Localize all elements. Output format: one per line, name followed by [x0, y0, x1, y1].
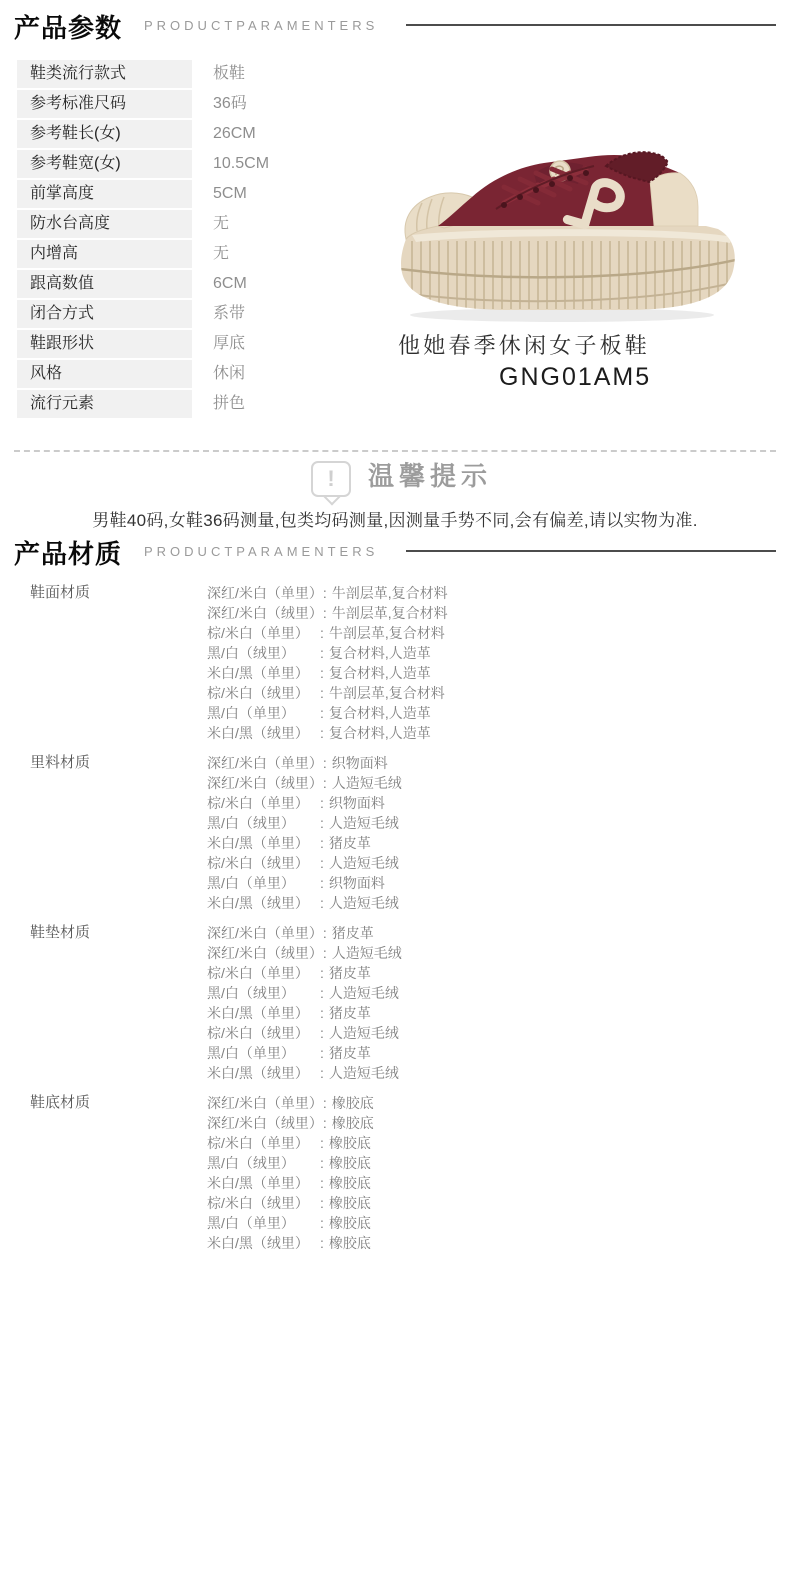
material-section-label: 鞋面材质 — [30, 583, 207, 743]
parameter-value: 系带 — [213, 300, 245, 328]
material-variant: 米白/黑（单里） — [207, 1173, 320, 1193]
material-line: 棕/米白（绒里）:人造短毛绒 — [207, 853, 780, 873]
material-value: 复合材料,人造革 — [329, 705, 431, 721]
exclamation-glyph: ! — [311, 461, 351, 497]
material-colon: : — [323, 603, 327, 623]
parameter-row: 参考鞋长(女) 26CM — [17, 120, 417, 148]
material-value: 橡胶底 — [332, 1115, 374, 1131]
material-colon: : — [320, 1193, 324, 1213]
material-value: 猪皮革 — [329, 1045, 371, 1061]
material-line: 米白/黑（绒里）:人造短毛绒 — [207, 1063, 780, 1083]
material-section-label: 鞋底材质 — [30, 1093, 207, 1253]
material-colon: : — [320, 1063, 324, 1083]
material-colon: : — [320, 723, 324, 743]
parameter-label: 跟高数值 — [17, 270, 192, 298]
material-line: 深红/米白（绒里）:人造短毛绒 — [207, 943, 780, 963]
material-value: 牛剖层革,复合材料 — [329, 685, 445, 701]
material-line: 米白/黑（绒里）:复合材料,人造革 — [207, 723, 780, 743]
parameter-value: 6CM — [213, 270, 247, 298]
params-section-header: 产品参数 PRODUCTPARAMENTERS — [14, 8, 776, 44]
material-section-insole: 鞋垫材质 深红/米白（单里）:猪皮革 深红/米白（绒里）:人造短毛绒 棕/米白（… — [30, 923, 780, 1083]
material-colon: : — [320, 1153, 324, 1173]
material-colon: : — [320, 663, 324, 683]
material-variant: 黑/白（单里） — [207, 1213, 320, 1233]
material-colon: : — [320, 963, 324, 983]
material-section-lines: 深红/米白（单里）:牛剖层革,复合材料 深红/米白（绒里）:牛剖层革,复合材料 … — [207, 583, 780, 743]
material-colon: : — [320, 623, 324, 643]
material-variant: 米白/黑（单里） — [207, 833, 320, 853]
material-colon: : — [323, 943, 327, 963]
material-section-label: 里料材质 — [30, 753, 207, 913]
material-variant: 米白/黑（绒里） — [207, 723, 320, 743]
header-rule — [406, 550, 776, 552]
parameter-value: 26CM — [213, 120, 256, 148]
material-section-lines: 深红/米白（单里）:织物面料 深红/米白（绒里）:人造短毛绒 棕/米白（单里）:… — [207, 753, 780, 913]
material-value: 橡胶底 — [329, 1235, 371, 1251]
material-colon: : — [323, 1113, 327, 1133]
material-variant: 黑/白（单里） — [207, 703, 320, 723]
material-colon: : — [320, 853, 324, 873]
parameter-row: 流行元素 拼色 — [17, 390, 417, 418]
material-variant: 黑/白（绒里） — [207, 643, 320, 663]
material-value: 猪皮革 — [329, 835, 371, 851]
material-colon: : — [323, 753, 327, 773]
material-value: 牛剖层革,复合材料 — [332, 585, 448, 601]
parameter-row: 防水台高度 无 — [17, 210, 417, 238]
parameter-row: 闭合方式 系带 — [17, 300, 417, 328]
material-variant: 棕/米白（单里） — [207, 1133, 320, 1153]
parameter-label: 防水台高度 — [17, 210, 192, 238]
parameter-value: 休闲 — [213, 360, 245, 388]
material-variant: 棕/米白（单里） — [207, 963, 320, 983]
material-variant: 棕/米白（绒里） — [207, 853, 320, 873]
parameter-value: 36码 — [213, 90, 247, 118]
parameter-row: 参考鞋宽(女) 10.5CM — [17, 150, 417, 178]
parameter-label: 鞋类流行款式 — [17, 60, 192, 88]
parameter-value: 10.5CM — [213, 150, 269, 178]
material-value: 人造短毛绒 — [329, 815, 399, 831]
parameter-row: 鞋跟形状 厚底 — [17, 330, 417, 358]
material-variant: 深红/米白（绒里） — [207, 603, 323, 623]
material-colon: : — [320, 813, 324, 833]
material-line: 米白/黑（绒里）:人造短毛绒 — [207, 893, 780, 913]
material-line: 黑/白（绒里）:人造短毛绒 — [207, 813, 780, 833]
material-line: 棕/米白（单里）:猪皮革 — [207, 963, 780, 983]
material-colon: : — [323, 773, 327, 793]
material-variant: 米白/黑（绒里） — [207, 1233, 320, 1253]
materials-section-header: 产品材质 PRODUCTPARAMENTERS — [14, 534, 776, 570]
material-line: 黑/白（单里）:织物面料 — [207, 873, 780, 893]
material-line: 棕/米白（绒里）:橡胶底 — [207, 1193, 780, 1213]
material-line: 棕/米白（单里）:织物面料 — [207, 793, 780, 813]
parameter-label: 鞋跟形状 — [17, 330, 192, 358]
material-line: 米白/黑（单里）:猪皮革 — [207, 1003, 780, 1023]
materials-list: 鞋面材质 深红/米白（单里）:牛剖层革,复合材料 深红/米白（绒里）:牛剖层革,… — [30, 583, 780, 1263]
parameter-row: 内增高 无 — [17, 240, 417, 268]
material-value: 人造短毛绒 — [332, 775, 402, 791]
material-colon: : — [320, 683, 324, 703]
material-colon: : — [320, 1003, 324, 1023]
material-line: 棕/米白（单里）:牛剖层革,复合材料 — [207, 623, 780, 643]
product-model: GNG01AM5 — [499, 363, 651, 392]
material-value: 人造短毛绒 — [329, 1065, 399, 1081]
material-variant: 棕/米白（单里） — [207, 793, 320, 813]
material-colon: : — [320, 983, 324, 1003]
material-value: 橡胶底 — [329, 1155, 371, 1171]
material-value: 复合材料,人造革 — [329, 725, 431, 741]
material-value: 人造短毛绒 — [329, 1025, 399, 1041]
parameter-value: 无 — [213, 240, 229, 268]
material-variant: 黑/白（单里） — [207, 1043, 320, 1063]
material-line: 深红/米白（绒里）:牛剖层革,复合材料 — [207, 603, 780, 623]
material-line: 深红/米白（单里）:牛剖层革,复合材料 — [207, 583, 780, 603]
material-variant: 深红/米白（绒里） — [207, 943, 323, 963]
material-line: 黑/白（绒里）:人造短毛绒 — [207, 983, 780, 1003]
material-line: 棕/米白（绒里）:牛剖层革,复合材料 — [207, 683, 780, 703]
material-line: 深红/米白（绒里）:橡胶底 — [207, 1113, 780, 1133]
material-value: 橡胶底 — [329, 1215, 371, 1231]
parameter-label: 闭合方式 — [17, 300, 192, 328]
material-line: 米白/黑（单里）:复合材料,人造革 — [207, 663, 780, 683]
material-variant: 深红/米白（单里） — [207, 753, 323, 773]
material-value: 人造短毛绒 — [329, 855, 399, 871]
material-section-lining: 里料材质 深红/米白（单里）:织物面料 深红/米白（绒里）:人造短毛绒 棕/米白… — [30, 753, 780, 913]
material-section-lines: 深红/米白（单里）:猪皮革 深红/米白（绒里）:人造短毛绒 棕/米白（单里）:猪… — [207, 923, 780, 1083]
material-value: 人造短毛绒 — [329, 985, 399, 1001]
material-colon: : — [320, 643, 324, 663]
material-value: 橡胶底 — [329, 1195, 371, 1211]
material-value: 橡胶底 — [329, 1175, 371, 1191]
parameter-row: 风格 休闲 — [17, 360, 417, 388]
materials-section-title: 产品材质 — [14, 534, 122, 571]
material-variant: 黑/白（单里） — [207, 873, 320, 893]
material-colon: : — [320, 793, 324, 813]
material-colon: : — [323, 1093, 327, 1113]
material-line: 米白/黑（单里）:猪皮革 — [207, 833, 780, 853]
material-value: 猪皮革 — [329, 1005, 371, 1021]
material-colon: : — [320, 1023, 324, 1043]
parameter-value: 厚底 — [213, 330, 245, 358]
exclamation-bubble-icon: ! — [311, 461, 355, 509]
material-colon: : — [320, 1233, 324, 1253]
material-colon: : — [320, 873, 324, 893]
material-section-upper: 鞋面材质 深红/米白（单里）:牛剖层革,复合材料 深红/米白（绒里）:牛剖层革,… — [30, 583, 780, 743]
material-colon: : — [320, 1173, 324, 1193]
parameter-table: 鞋类流行款式 板鞋 参考标准尺码 36码 参考鞋长(女) 26CM 参考鞋宽(女… — [17, 60, 417, 420]
material-colon: : — [320, 1043, 324, 1063]
material-variant: 深红/米白（绒里） — [207, 1113, 323, 1133]
material-variant: 米白/黑（单里） — [207, 663, 320, 683]
parameter-row: 前掌高度 5CM — [17, 180, 417, 208]
notice-text: 男鞋40码,女鞋36码测量,包类均码测量,因测量手势不同,会有偏差,请以实物为准… — [0, 506, 790, 531]
parameter-value: 板鞋 — [213, 60, 245, 88]
product-detail-page: 产品参数 PRODUCTPARAMENTERS 鞋类流行款式 板鞋 参考标准尺码… — [0, 0, 790, 1570]
parameter-row: 跟高数值 6CM — [17, 270, 417, 298]
material-line: 米白/黑（绒里）:橡胶底 — [207, 1233, 780, 1253]
material-variant: 棕/米白（绒里） — [207, 1193, 320, 1213]
material-value: 橡胶底 — [332, 1095, 374, 1111]
parameter-value: 5CM — [213, 180, 247, 208]
material-variant: 米白/黑（单里） — [207, 1003, 320, 1023]
parameter-row: 参考标准尺码 36码 — [17, 90, 417, 118]
material-value: 人造短毛绒 — [332, 945, 402, 961]
parameter-row: 鞋类流行款式 板鞋 — [17, 60, 417, 88]
parameter-label: 参考鞋宽(女) — [17, 150, 192, 178]
parameter-value: 拼色 — [213, 390, 245, 418]
parameter-value: 无 — [213, 210, 229, 238]
material-value: 橡胶底 — [329, 1135, 371, 1151]
material-variant: 米白/黑（绒里） — [207, 893, 320, 913]
material-variant: 黑/白（绒里） — [207, 813, 320, 833]
material-variant: 米白/黑（绒里） — [207, 1063, 320, 1083]
material-variant: 黑/白（绒里） — [207, 1153, 320, 1173]
notice-title: 温馨提示 — [368, 456, 492, 493]
material-line: 深红/米白（单里）:橡胶底 — [207, 1093, 780, 1113]
material-variant: 棕/米白（绒里） — [207, 683, 320, 703]
parameter-label: 风格 — [17, 360, 192, 388]
material-line: 黑/白（绒里）:复合材料,人造革 — [207, 643, 780, 663]
material-variant: 深红/米白（单里） — [207, 583, 323, 603]
material-section-lines: 深红/米白（单里）:橡胶底 深红/米白（绒里）:橡胶底 棕/米白（单里）:橡胶底… — [207, 1093, 780, 1253]
sneaker-photo — [392, 128, 748, 326]
parameter-label: 流行元素 — [17, 390, 192, 418]
material-variant: 深红/米白（单里） — [207, 1093, 323, 1113]
material-line: 黑/白（单里）:橡胶底 — [207, 1213, 780, 1233]
material-line: 深红/米白（单里）:织物面料 — [207, 753, 780, 773]
material-line: 深红/米白（单里）:猪皮革 — [207, 923, 780, 943]
material-colon: : — [323, 583, 327, 603]
material-value: 复合材料,人造革 — [329, 645, 431, 661]
material-line: 黑/白（单里）:复合材料,人造革 — [207, 703, 780, 723]
material-colon: : — [320, 833, 324, 853]
material-colon: : — [323, 923, 327, 943]
material-colon: : — [320, 703, 324, 723]
material-line: 棕/米白（绒里）:人造短毛绒 — [207, 1023, 780, 1043]
params-section-title: 产品参数 — [14, 8, 122, 45]
product-name: 他她春季休闲女子板鞋 — [398, 329, 650, 360]
material-colon: : — [320, 1133, 324, 1153]
materials-section-subtitle: PRODUCTPARAMENTERS — [144, 544, 378, 559]
material-value: 猪皮革 — [332, 925, 374, 941]
material-variant: 棕/米白（绒里） — [207, 1023, 320, 1043]
material-line: 黑/白（绒里）:橡胶底 — [207, 1153, 780, 1173]
material-line: 黑/白（单里）:猪皮革 — [207, 1043, 780, 1063]
material-value: 织物面料 — [329, 875, 385, 891]
material-colon: : — [320, 893, 324, 913]
material-variant: 棕/米白（单里） — [207, 623, 320, 643]
parameter-label: 参考鞋长(女) — [17, 120, 192, 148]
dashed-divider — [14, 450, 776, 452]
material-value: 人造短毛绒 — [329, 895, 399, 911]
material-value: 复合材料,人造革 — [329, 665, 431, 681]
header-rule — [406, 24, 776, 26]
params-section-subtitle: PRODUCTPARAMENTERS — [144, 18, 378, 33]
material-value: 猪皮革 — [329, 965, 371, 981]
material-line: 米白/黑（单里）:橡胶底 — [207, 1173, 780, 1193]
material-section-outsole: 鞋底材质 深红/米白（单里）:橡胶底 深红/米白（绒里）:橡胶底 棕/米白（单里… — [30, 1093, 780, 1253]
material-value: 织物面料 — [329, 795, 385, 811]
parameter-label: 前掌高度 — [17, 180, 192, 208]
material-colon: : — [320, 1213, 324, 1233]
material-line: 棕/米白（单里）:橡胶底 — [207, 1133, 780, 1153]
material-variant: 深红/米白（绒里） — [207, 773, 323, 793]
material-line: 深红/米白（绒里）:人造短毛绒 — [207, 773, 780, 793]
material-section-label: 鞋垫材质 — [30, 923, 207, 1083]
material-value: 牛剖层革,复合材料 — [329, 625, 445, 641]
material-variant: 深红/米白（单里） — [207, 923, 323, 943]
parameter-label: 内增高 — [17, 240, 192, 268]
material-variant: 黑/白（绒里） — [207, 983, 320, 1003]
material-value: 牛剖层革,复合材料 — [332, 605, 448, 621]
parameter-label: 参考标准尺码 — [17, 90, 192, 118]
material-value: 织物面料 — [332, 755, 388, 771]
